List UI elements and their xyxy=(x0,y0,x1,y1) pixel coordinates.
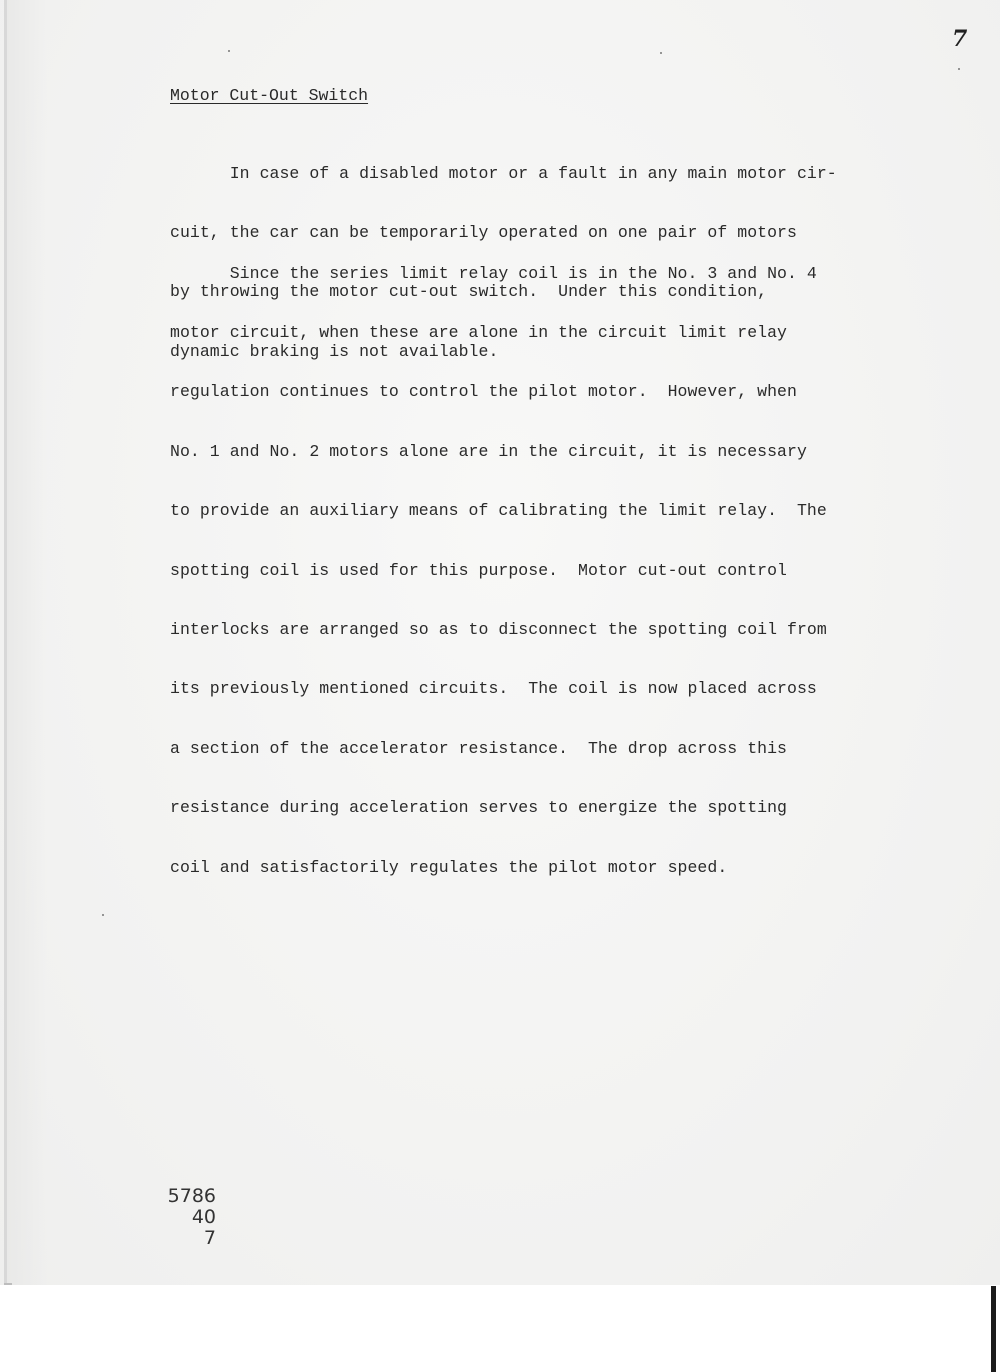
paragraph-line: regulation continues to control the pilo… xyxy=(170,382,827,402)
scan-left-edge xyxy=(4,0,7,1285)
scan-speck xyxy=(660,52,662,54)
section-heading: Motor Cut-Out Switch xyxy=(170,86,368,105)
scan-speck xyxy=(102,914,104,916)
paragraph-line: coil and satisfactorily regulates the pi… xyxy=(170,858,827,878)
paragraph-2: Since the series limit relay coil is in … xyxy=(170,224,827,897)
filing-code-line: 5786 xyxy=(164,1186,216,1207)
filing-code: 5786 40 7 xyxy=(164,1186,216,1249)
scan-speck xyxy=(958,68,960,70)
paragraph-line: resistance during acceleration serves to… xyxy=(170,798,827,818)
filing-code-line: 7 xyxy=(164,1228,216,1249)
paragraph-line: a section of the accelerator resistance.… xyxy=(170,739,827,759)
paragraph-line: Since the series limit relay coil is in … xyxy=(170,264,827,284)
scanner-edge-bar xyxy=(991,1286,996,1372)
filing-code-line: 40 xyxy=(164,1207,216,1228)
paragraph-line: to provide an auxiliary means of calibra… xyxy=(170,501,827,521)
scan-shadow xyxy=(7,0,47,1285)
paragraph-line: motor circuit, when these are alone in t… xyxy=(170,323,827,343)
scan-bottom-edge xyxy=(4,1283,12,1285)
scan-speck xyxy=(228,50,230,52)
paragraph-line: interlocks are arranged so as to disconn… xyxy=(170,620,827,640)
paragraph-line: In case of a disabled motor or a fault i… xyxy=(170,164,837,184)
page-number: 7 xyxy=(952,26,967,52)
paragraph-line: No. 1 and No. 2 motors alone are in the … xyxy=(170,442,827,462)
paragraph-line: its previously mentioned circuits. The c… xyxy=(170,679,827,699)
paragraph-line: spotting coil is used for this purpose. … xyxy=(170,561,827,581)
